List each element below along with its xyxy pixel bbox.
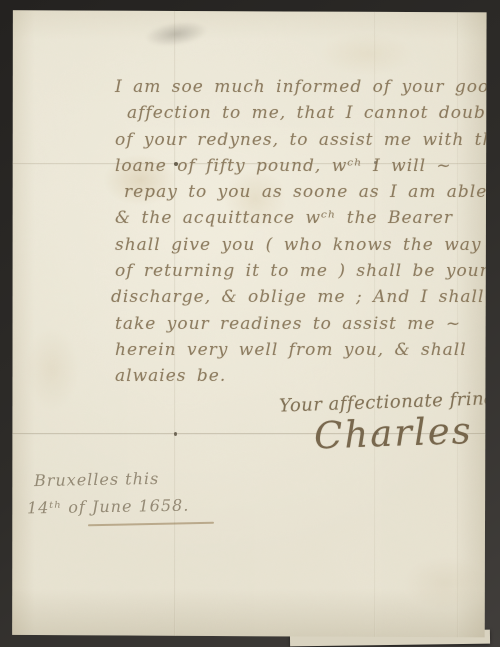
letter-line: shall give you ( who knows the way <box>115 232 487 258</box>
letter-page: I am soe much informed of your good affe… <box>11 8 488 639</box>
letter-body: I am soe much informed of your good affe… <box>115 74 487 390</box>
signature-charles-r: Charles R <box>313 407 488 457</box>
letter-line: herein very well from you, & shall <box>115 337 487 363</box>
letter-line: repay to you as soone as I am able, <box>124 179 487 205</box>
dateline-date: 14ᵗʰ of June 1658. <box>27 496 190 518</box>
stain-blot <box>319 32 415 76</box>
letter-line: alwaies be. <box>115 363 487 389</box>
pinhole-speck <box>174 432 177 436</box>
letter-line: loane of fifty pound, wᶜʰ I will ~ <box>115 153 487 179</box>
letter-line: of your redynes, to assist me with the <box>115 127 487 153</box>
letter-line: of returning it to me ) shall be your <box>115 258 487 284</box>
letter-line: take your readines to assist me ~ <box>115 311 487 337</box>
date-underline-stroke <box>88 522 214 527</box>
pencil-smudge <box>143 18 210 51</box>
letter-line: & the acquittance wᶜʰ the Bearer <box>115 205 487 231</box>
stain-blot <box>25 326 79 412</box>
letter-line: I am soe much informed of your good <box>115 74 487 100</box>
letter-line: discharge, & oblige me ; And I shall <box>111 284 487 310</box>
letter-line: affection to me, that I cannot doubte <box>127 100 487 126</box>
photo-background: I am soe much informed of your good affe… <box>0 0 500 647</box>
dateline-place: Bruxelles this <box>34 469 160 490</box>
stain-blot <box>403 556 487 610</box>
